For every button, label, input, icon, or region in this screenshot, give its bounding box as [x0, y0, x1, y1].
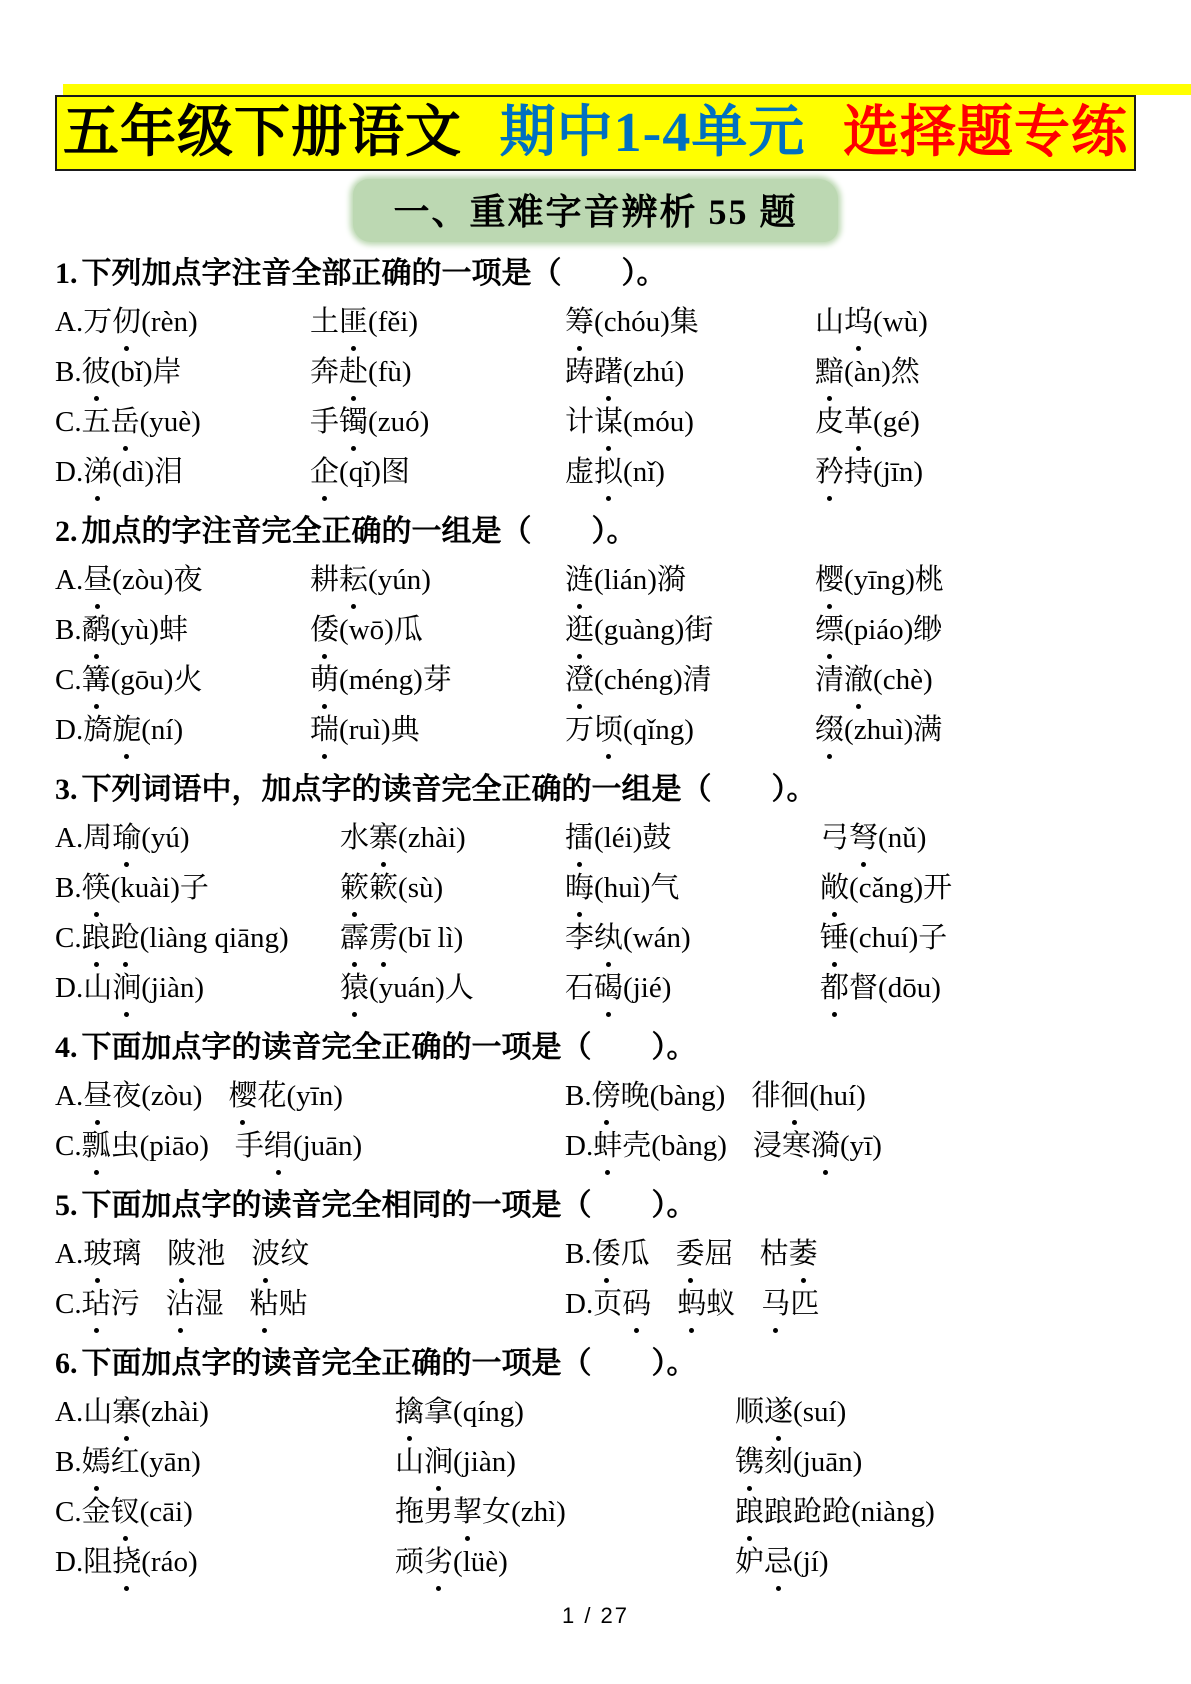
char: 跄 [111, 913, 140, 963]
char: n [407, 564, 422, 596]
char: y [379, 972, 394, 1004]
char: k [120, 872, 135, 904]
char: y [296, 1080, 311, 1112]
char: ( [594, 872, 604, 904]
char: c [604, 664, 617, 696]
char: ( [650, 1080, 660, 1112]
char: ( [111, 356, 121, 388]
char: c [604, 306, 617, 338]
option-cell: 踌躇(zhú) [565, 347, 815, 397]
char: ī [891, 456, 899, 488]
option-item: 矜持(jīn) [815, 447, 923, 497]
char: ) [684, 406, 694, 438]
char: 男 [424, 1496, 453, 1528]
char: ( [844, 564, 854, 596]
char: ) [837, 1396, 847, 1428]
option-item: 猿(yuán)人 [340, 963, 474, 1013]
char: 芽 [423, 664, 452, 696]
char: ( [112, 564, 122, 596]
char: 拿 [424, 1396, 453, 1428]
option-item: 石碣(jié) [565, 963, 671, 1013]
option-item: 擂(léi)鼓 [565, 813, 671, 863]
char: ( [368, 356, 378, 388]
char: ) [917, 822, 927, 854]
char: 澈 [844, 655, 873, 705]
char: n [896, 1496, 911, 1528]
char: n [867, 356, 882, 388]
option-cell: 拖男挈女(zhì) [395, 1487, 735, 1537]
char: l [438, 922, 446, 954]
question-stem: 6.下面加点字的读音完全正确的一项是（ ）。 [55, 1341, 1136, 1387]
char: ) [556, 1496, 566, 1528]
option-cell: 石碣(jié) [565, 963, 820, 1013]
option-item: 逛(guàng)街 [565, 605, 713, 655]
char: 虚 [565, 456, 594, 488]
char: 计 [565, 406, 594, 438]
char: 钗 [111, 1487, 140, 1537]
char: á [408, 972, 421, 1004]
char: 跄 [822, 1496, 851, 1528]
option-item: 倭(wō)瓜 [310, 605, 423, 655]
char: à [178, 1396, 191, 1428]
section-heading: 一、重难字音辨析 55 题 [393, 192, 797, 232]
char: 瓜 [621, 1238, 650, 1270]
char: 金 [82, 1496, 111, 1528]
char: 跄 [793, 1496, 822, 1528]
option-item: 马匹 [761, 1279, 819, 1329]
char: u [149, 664, 164, 696]
char: u [311, 1130, 326, 1162]
char: 沾 [166, 1279, 195, 1329]
option-cell: D.阻挠(ráo) [55, 1537, 395, 1587]
option-item: 金钗(cāi) [82, 1487, 193, 1537]
char: í [811, 1546, 819, 1578]
char: z [521, 1496, 534, 1528]
char: ù [135, 614, 150, 646]
option-cell: 瑞(ruì)典 [310, 705, 565, 755]
char: 耕 [310, 564, 339, 596]
char: j [151, 972, 159, 1004]
char: 典 [391, 714, 420, 746]
char: h [617, 664, 632, 696]
page-title: 五年级下册语文 期中1-4单元 选择题专练 [55, 95, 1136, 171]
char: 寒 [782, 1130, 811, 1162]
char: 粘 [250, 1279, 279, 1329]
char: u [618, 872, 633, 904]
char: q [633, 714, 648, 746]
option-item: 瓢虫(piāo) [82, 1121, 209, 1171]
char: 蚌 [159, 614, 188, 646]
option-item: 擒拿(qíng) [395, 1387, 524, 1437]
char: 弓 [820, 822, 849, 854]
option-item: 蚂蚁 [677, 1279, 735, 1329]
char: 筷 [82, 863, 111, 913]
char: n [688, 1130, 703, 1162]
char: 晦 [565, 863, 594, 913]
option-cell: 黯(àn)然 [815, 347, 1136, 397]
char: z [378, 406, 391, 438]
char: ( [844, 714, 854, 746]
char: 持 [844, 456, 873, 488]
char [430, 922, 437, 954]
option-item: 万仞(rèn) [83, 297, 197, 347]
char: 嫣 [82, 1437, 111, 1487]
option-cell: 妒忌(jí) [735, 1537, 1136, 1587]
char: 涕 [83, 447, 112, 497]
char: 黯 [815, 347, 844, 397]
option-item: 粘贴 [250, 1279, 308, 1329]
char: ( [453, 1446, 463, 1478]
option-item: 锤(chuí)子 [820, 913, 947, 963]
char: d [122, 456, 137, 488]
char: í [829, 1396, 837, 1428]
option-label: D. [55, 714, 83, 746]
option-item: 旖旎(ní) [83, 705, 183, 755]
char: ) [819, 1546, 829, 1578]
char: j [303, 1130, 311, 1162]
char: n [888, 822, 903, 854]
char: ) [913, 872, 923, 904]
option-cell: A.玻璃陂池波纹 [55, 1229, 565, 1279]
question-number: 1. [55, 257, 78, 290]
char: 桃 [915, 564, 944, 596]
char: r [151, 306, 161, 338]
option-label: C. [55, 922, 82, 954]
option-row: C.玷污沾湿粘贴D.页码蚂蚁马匹 [55, 1279, 1136, 1329]
char: 企 [310, 447, 339, 497]
option-cell: 霹雳(bī lì) [340, 913, 565, 963]
char: ( [141, 1546, 151, 1578]
char: h [534, 1496, 549, 1528]
char: 页 [593, 1288, 622, 1320]
char: ) [193, 1080, 203, 1112]
char: b [408, 922, 423, 954]
option-cell: D.涕(dì)泪 [55, 447, 310, 497]
char: n [646, 614, 661, 646]
char: w [883, 306, 904, 338]
question-number: 5. [55, 1189, 78, 1222]
char: 马 [761, 1279, 790, 1329]
option-item: 皮革(gé) [815, 397, 920, 447]
char: ) [673, 664, 683, 696]
option-cell: 矜持(jīn) [815, 447, 1136, 497]
char: 瑞 [310, 705, 339, 755]
option-cell: D.山涧(jiàn) [55, 963, 340, 1013]
option-item: 手绢(juān) [235, 1121, 362, 1171]
option-item: 缥(piáo)缈 [815, 605, 942, 655]
question-stem: 2.加点的字注音完全正确的一组是（ ）。 [55, 509, 1136, 555]
char: 耘 [339, 555, 368, 605]
char: g [899, 872, 914, 904]
char: è [178, 406, 191, 438]
question-stem-text: 下列词语中，加点字的读音完全正确的一组是（ ）。 [82, 773, 817, 806]
char: á [620, 564, 633, 596]
option-cell: 顽劣(lüè) [395, 1537, 735, 1587]
section-heading-wrap: 一、重难字音辨析 55 题 [55, 179, 1136, 239]
char: c [149, 1496, 162, 1528]
char: b [661, 1130, 676, 1162]
char: 女 [482, 1496, 511, 1528]
char: 篝 [82, 655, 111, 705]
char: ( [809, 1080, 819, 1112]
char: ( [849, 872, 859, 904]
option-cell: 樱(yīng)桃 [815, 555, 1136, 605]
char: ( [293, 1130, 303, 1162]
option-label: C. [55, 406, 82, 438]
char: ú [660, 356, 675, 388]
char: 泪 [154, 456, 183, 488]
char: ( [368, 564, 378, 596]
char: ì [373, 714, 381, 746]
char: ( [878, 972, 888, 1004]
char: è [910, 664, 923, 696]
option-cell: B.倭瓜委屈枯萎 [565, 1229, 1136, 1279]
char: 顽 [395, 1546, 424, 1578]
option-item: 霹雳(bī lì) [340, 913, 463, 963]
char: u [164, 406, 179, 438]
char: ) [456, 822, 466, 854]
option-item: 樱(yīng)桃 [815, 555, 944, 605]
char: n [644, 664, 659, 696]
char: n [667, 922, 682, 954]
question-block: 5.下面加点字的读音完全相同的一项是（ ）。A.玻璃陂池波纹B.倭瓜委屈枯萎C.… [55, 1183, 1136, 1329]
char: 徊 [780, 1071, 809, 1121]
char: n [899, 456, 914, 488]
char: u [834, 1080, 849, 1112]
question-stem: 1.下列加点字注音全部正确的一项是（ ）。 [55, 251, 1136, 297]
option-cell: 敞(cǎng)开 [820, 863, 1136, 913]
option-item: 都督(dōu) [820, 963, 941, 1013]
char: ( [623, 714, 633, 746]
option-cell: A.昼夜(zòu)樱花(yīn) [55, 1071, 565, 1121]
char: q [215, 922, 230, 954]
char: 奔 [310, 356, 339, 388]
char: ) [408, 306, 418, 338]
option-item: 清澈(chè) [815, 655, 933, 705]
char: ( [339, 614, 349, 646]
option-cell: 筹(chóu)集 [565, 297, 815, 347]
option-item: 妒忌(jí) [735, 1537, 829, 1587]
char: é [897, 406, 910, 438]
char: 委 [676, 1229, 705, 1279]
char: u [618, 614, 633, 646]
question-block: 3.下列词语中，加点字的读音完全正确的一组是（ ）。A.周瑜(yú)水寨(zhà… [55, 767, 1136, 1013]
char: b [120, 356, 135, 388]
char: ( [594, 564, 604, 596]
option-label: B. [55, 1446, 82, 1478]
char: 旎 [112, 705, 141, 755]
char: m [349, 664, 372, 696]
char: g [120, 664, 135, 696]
option-item: 蚌壳(bàng) [593, 1121, 727, 1171]
option-item: 奔赴(fù) [310, 347, 412, 397]
char: ( [111, 872, 121, 904]
char: 簌 [369, 872, 398, 904]
worksheet-page: 五年级下册语文 期中1-4单元 选择题专练 一、重难字音辨析 55 题 1.下列… [0, 0, 1191, 1629]
option-item: 浸寒漪(yī) [753, 1121, 882, 1171]
char: 清 [815, 664, 844, 696]
char: w [633, 922, 654, 954]
char: 倭 [592, 1229, 621, 1279]
char: n [876, 564, 891, 596]
char: ( [286, 1080, 296, 1112]
char: ā [162, 1496, 175, 1528]
char: è [161, 306, 174, 338]
char: ( [511, 1496, 521, 1528]
char: ù [419, 872, 434, 904]
char: 山 [815, 306, 844, 338]
char: u [393, 972, 408, 1004]
option-item: 顺遂(suí) [735, 1387, 846, 1437]
char: ú [165, 822, 180, 854]
char: 拖 [395, 1496, 424, 1528]
char: 花 [257, 1080, 286, 1112]
char: 手 [310, 406, 339, 438]
char: ) [413, 664, 423, 696]
char: g [500, 1396, 515, 1428]
char: 革 [844, 397, 873, 447]
char: 彼 [82, 347, 111, 397]
option-item: 嫣红(yān) [82, 1437, 201, 1487]
option-cell: C.五岳(yuè) [55, 397, 310, 447]
option-row: D.涕(dì)泪企(qǐ)图虚拟(nǐ)矜持(jīn) [55, 447, 1136, 497]
option-item: 五岳(yuè) [82, 397, 201, 447]
char: ) [149, 614, 159, 646]
title-top-highlight-strip [63, 84, 1191, 95]
question-list: 1.下列加点字注音全部正确的一项是（ ）。A.万仞(rèn)土匪(fěi)筹(c… [55, 251, 1136, 1587]
option-row: D.山涧(jiàn)猿(yuán)人石碣(jié)都督(dōu) [55, 963, 1136, 1013]
char: ā [325, 1130, 338, 1162]
char: 李 [565, 922, 594, 954]
char: á [876, 614, 889, 646]
char: 阻 [83, 1546, 112, 1578]
char: 寨 [112, 1387, 141, 1437]
char: 山 [83, 972, 112, 1004]
char: 躇 [594, 347, 623, 397]
question-number: 4. [55, 1031, 78, 1064]
char: i [625, 822, 633, 854]
option-item: 踉踉跄跄(niàng) [735, 1487, 935, 1537]
char: ) [662, 972, 672, 1004]
char: ) [913, 456, 923, 488]
char: 屈 [705, 1238, 734, 1270]
option-item: 踌躇(zhú) [565, 347, 684, 397]
char: u [670, 406, 685, 438]
char: u [358, 714, 373, 746]
option-item: 澄(chéng)清 [565, 655, 712, 705]
char: 清 [683, 664, 712, 696]
char: 劣 [424, 1537, 453, 1587]
option-row: C.五岳(yuè)手镯(zuó)计谋(móu)皮革(gé) [55, 397, 1136, 447]
char: ) [170, 872, 180, 904]
char: ) [655, 456, 665, 488]
char: y [120, 614, 135, 646]
char: á [161, 1546, 174, 1578]
char: à [633, 614, 646, 646]
char: ( [369, 972, 379, 1004]
option-label: D. [565, 1130, 593, 1162]
char: g [264, 922, 279, 954]
option-cell: 顺遂(suí) [735, 1387, 1136, 1437]
char: ( [140, 922, 150, 954]
char: 山 [83, 1396, 112, 1428]
char: ( [398, 922, 408, 954]
char: ( [368, 306, 378, 338]
char: 瓢 [82, 1121, 111, 1171]
char: 纨 [594, 913, 623, 963]
char: 图 [381, 456, 410, 488]
char: 火 [173, 664, 202, 696]
char: ) [633, 822, 643, 854]
char: ( [141, 1396, 151, 1428]
char: 陂 [167, 1229, 196, 1279]
option-label: D. [55, 1546, 83, 1578]
char: 徘 [751, 1080, 780, 1112]
option-cell: 李纨(wán) [565, 913, 820, 963]
char: 水 [340, 822, 369, 854]
option-label: C. [55, 664, 82, 696]
char: 玻 [83, 1229, 112, 1279]
char: u [881, 714, 896, 746]
option-cell: 耕耘(yún) [310, 555, 565, 605]
char: ) [279, 922, 289, 954]
option-label: A. [55, 1396, 83, 1428]
char: ō [370, 614, 385, 646]
char: 皮 [815, 406, 844, 438]
option-cell: 山坞(wù) [815, 297, 1136, 347]
char: è [485, 1546, 498, 1578]
char: ò [135, 564, 150, 596]
char: 坞 [844, 297, 873, 347]
option-row: A.昼夜(zòu)樱花(yīn)B.傍晚(bàng)徘徊(huí) [55, 1071, 1136, 1121]
char: ) [381, 714, 391, 746]
char: g [670, 714, 685, 746]
question-number: 2. [55, 515, 78, 548]
option-cell: 擒拿(qíng) [395, 1387, 735, 1437]
char: 涧 [424, 1437, 453, 1487]
char: ( [398, 872, 408, 904]
char: ì [446, 922, 454, 954]
char: á [654, 922, 667, 954]
option-cell: 都督(dōu) [820, 963, 1136, 1013]
option-item: 沾湿 [166, 1279, 224, 1329]
char: 缥 [815, 605, 844, 655]
char: 倭 [310, 605, 339, 655]
char: ( [623, 406, 633, 438]
char: 镌 [735, 1437, 764, 1487]
char: ) [143, 356, 153, 388]
char: 然 [891, 356, 920, 388]
char: ) [180, 822, 190, 854]
char: ( [793, 1546, 803, 1578]
option-item: 萌(méng)芽 [310, 655, 452, 705]
char: ó [655, 406, 670, 438]
section-heading-highlight: 一、重难字音辨析 55 题 [353, 179, 837, 242]
char: à [674, 1080, 687, 1112]
char: z [151, 1080, 164, 1112]
char: ( [112, 456, 122, 488]
char: l [604, 822, 612, 854]
option-item: 踉跄(liàng qiāng) [82, 913, 289, 963]
char: ( [140, 406, 150, 438]
char: 岸 [153, 356, 182, 388]
char: ( [873, 456, 883, 488]
option-label: C. [55, 1288, 82, 1320]
option-cell: 涟(lián)漪 [565, 555, 815, 605]
option-item: 鹬(yù)蚌 [82, 605, 188, 655]
char: ) [402, 356, 412, 388]
option-row: A.玻璃陂池波纹B.倭瓜委屈枯萎 [55, 1229, 1136, 1279]
